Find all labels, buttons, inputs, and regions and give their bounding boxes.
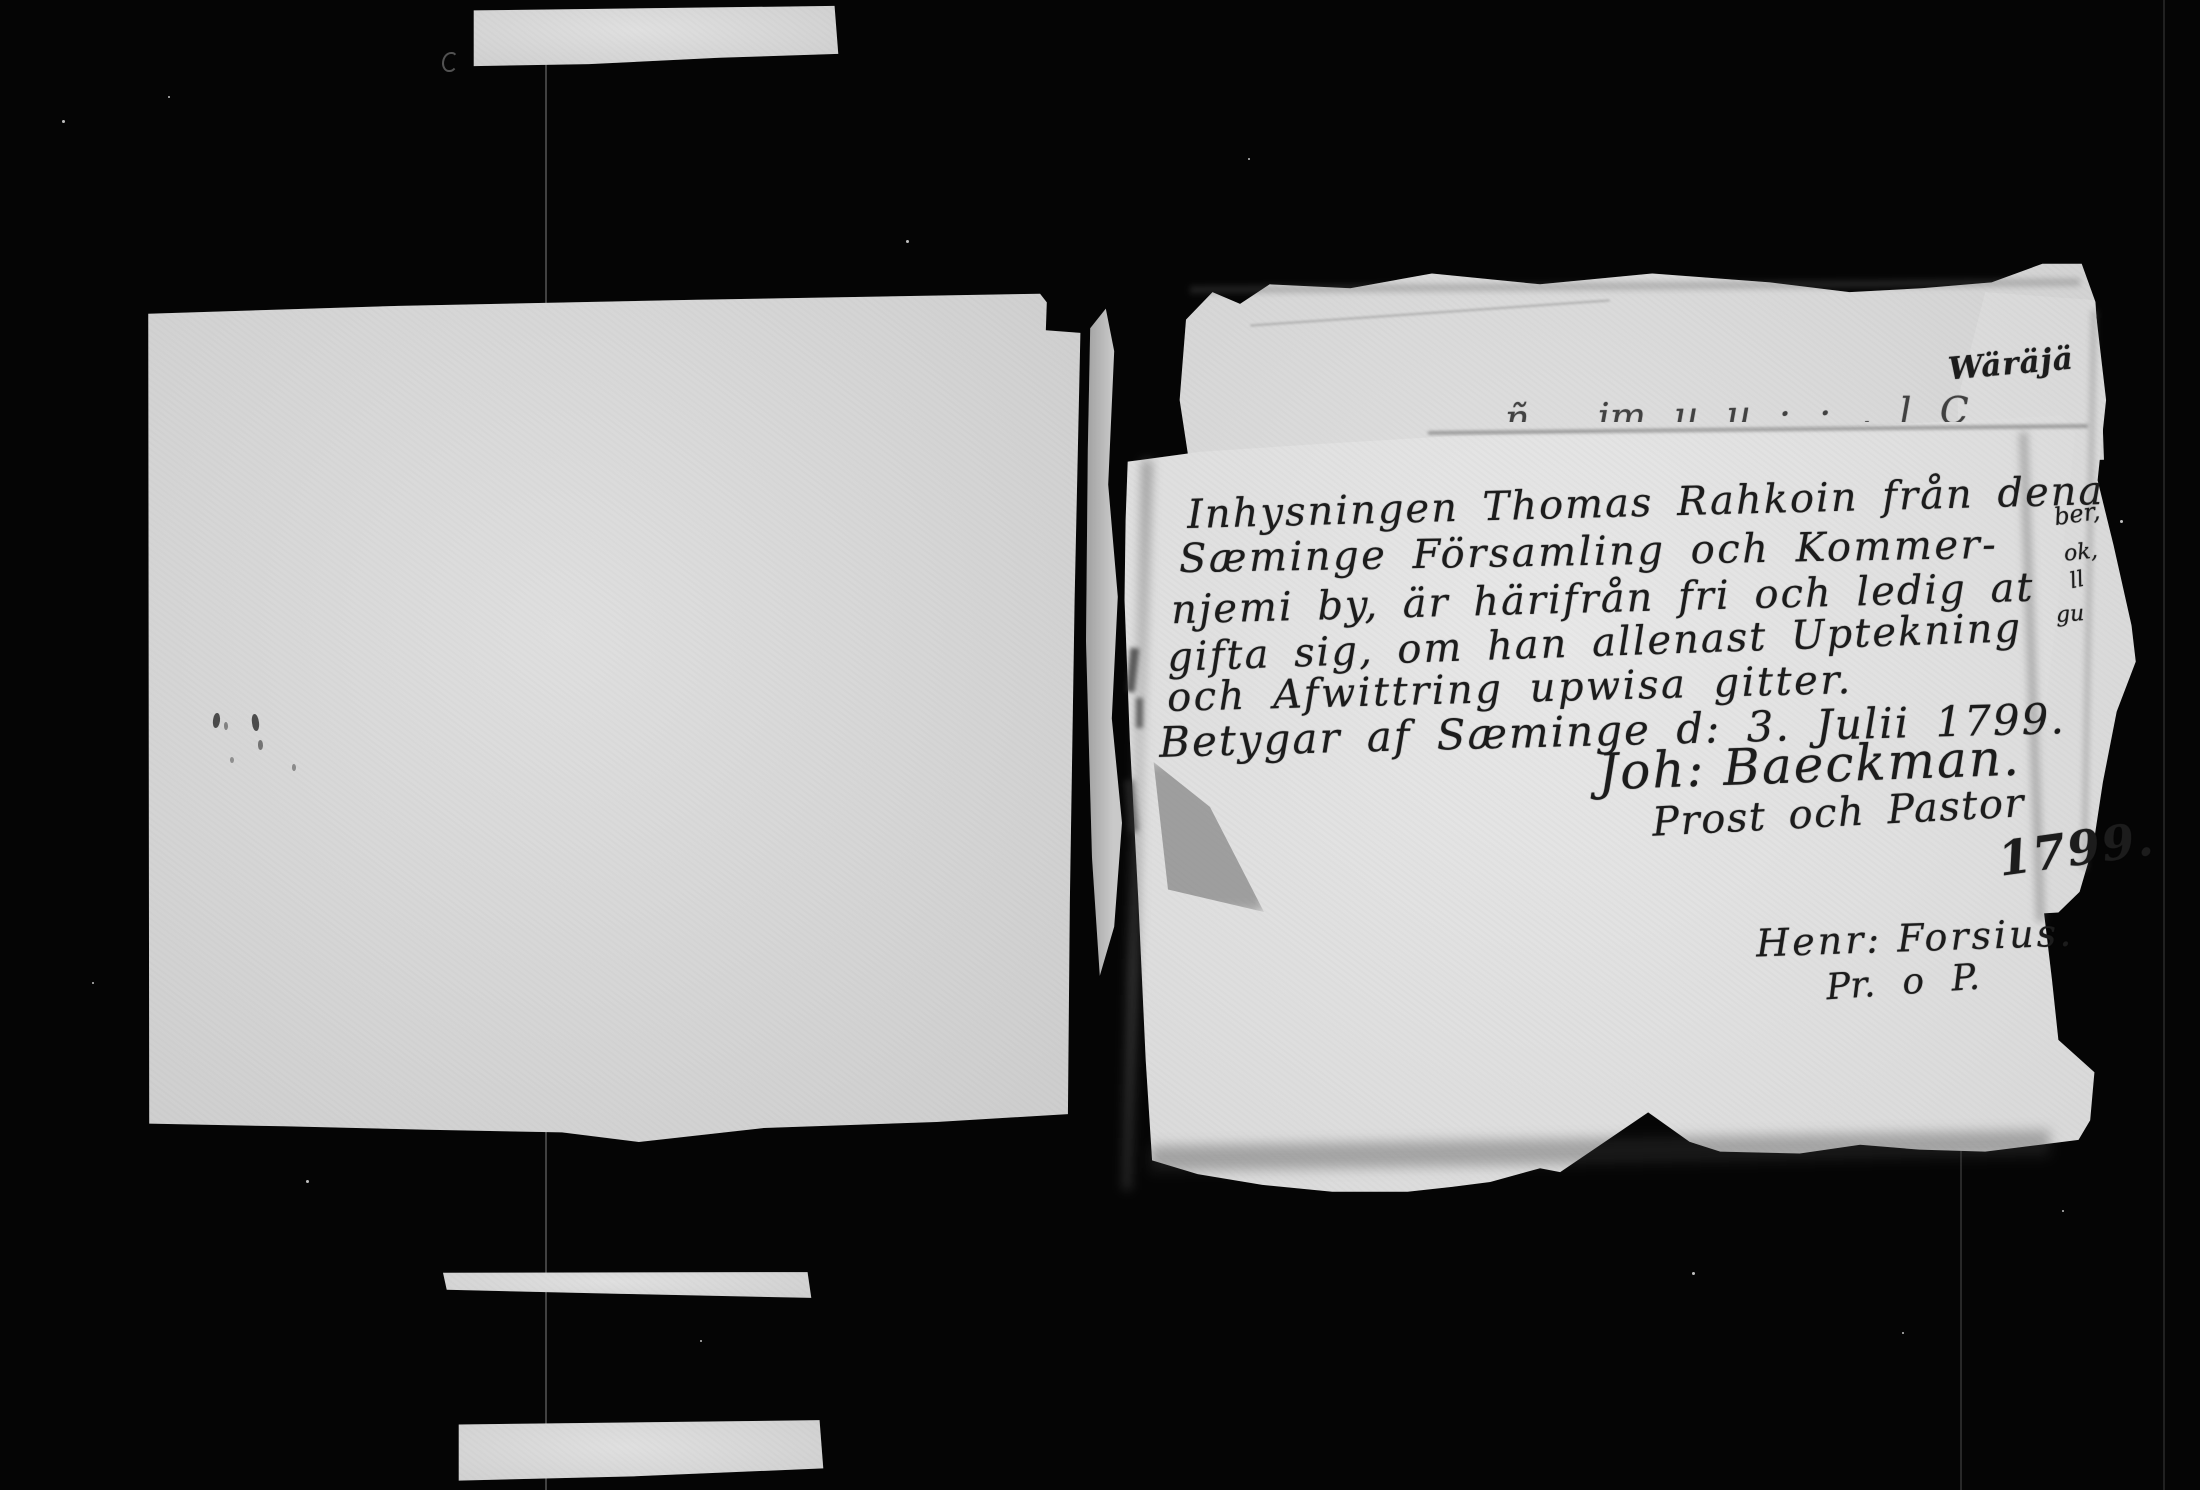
dust-speck xyxy=(1692,1272,1695,1275)
cut-letter-tops-text: ñ . im u u · · , l C xyxy=(1505,392,2035,422)
dust-speck xyxy=(92,982,94,984)
ink-speck xyxy=(224,722,228,730)
dust-speck xyxy=(700,1340,702,1342)
dust-speck xyxy=(306,1180,309,1183)
left-blank-page xyxy=(130,285,1090,1155)
ink-speck xyxy=(258,740,263,750)
film-gate-bar-top xyxy=(470,4,842,68)
dust-speck xyxy=(906,240,909,243)
film-blemish xyxy=(442,52,458,72)
film-gate-bar-thin xyxy=(443,1268,815,1302)
dust-speck xyxy=(1248,158,1250,160)
cut-letter-tops: ñ . im u u · · , l C xyxy=(1505,392,2035,422)
ink-speck xyxy=(292,764,296,771)
edge-fragment: gu xyxy=(2055,601,2085,628)
edge-fragment: ok, xyxy=(2063,538,2099,566)
dust-speck xyxy=(168,96,170,98)
film-scratch-line xyxy=(2163,0,2165,1490)
dust-speck xyxy=(1902,1332,1904,1334)
dust-speck xyxy=(62,120,65,123)
microfilm-frame: Wäräjä ñ . im u u · · , l C Inhysningen … xyxy=(0,0,2200,1490)
ink-speck xyxy=(230,757,234,763)
film-gate-bar-thick xyxy=(455,1418,827,1490)
